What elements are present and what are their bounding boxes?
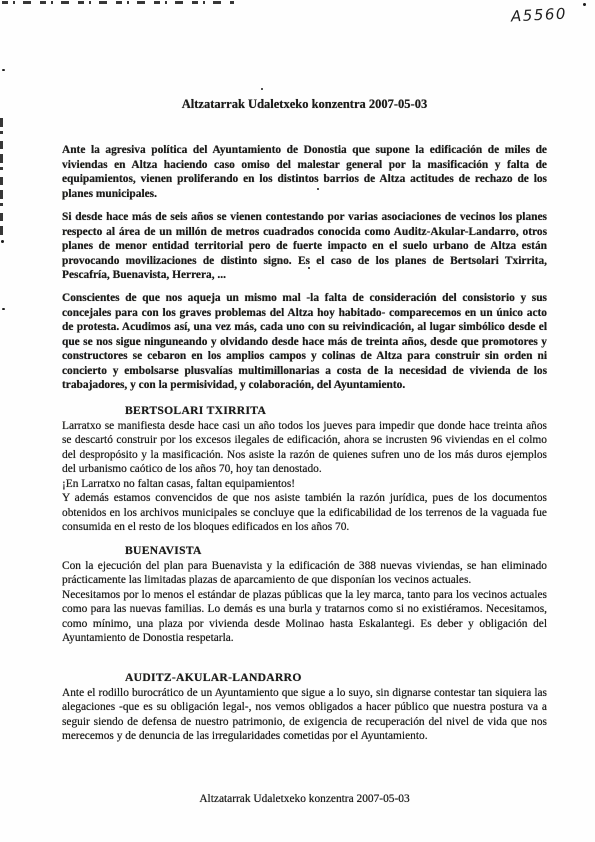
section-paragraph: Ante el rodillo burocrático de un Ayunta… [62, 686, 547, 744]
scan-speck [261, 88, 263, 90]
section-paragraph: Y además estamos convencidos de que nos … [62, 491, 547, 535]
scanned-document-page: A5560 Altzatarrak Udaletxeko konzentra 2… [0, 0, 595, 842]
section-paragraph: Larratxo se manifiesta desde hace casi u… [62, 419, 547, 477]
section-paragraph: ¡En Larratxo no faltan casas, faltan equ… [62, 477, 547, 492]
intro-paragraph: Si desde hace más de seis años se vienen… [62, 210, 547, 283]
intro-paragraph: Ante la agresiva política del Ayuntamien… [62, 143, 547, 201]
scan-speck [583, 3, 586, 6]
section-heading: BUENAVISTA [125, 544, 547, 559]
scan-speck [1, 240, 4, 243]
scan-noise-left-edge [0, 118, 3, 236]
section-buenavista: BUENAVISTA Con la ejecución del plan par… [62, 544, 547, 646]
section-heading: BERTSOLARI TXIRRITA [125, 404, 547, 419]
scan-noise-top-edge [2, 1, 234, 4]
scan-speck [2, 69, 5, 71]
section-bertsolari-txirrita: BERTSOLARI TXIRRITA Larratxo se manifies… [62, 404, 547, 535]
section-paragraph: Necesitamos por lo menos el estándar de … [62, 588, 547, 646]
section-heading: AUDITZ-AKULAR-LANDARRO [125, 671, 547, 686]
scan-speck [2, 308, 5, 310]
handwritten-archive-number: A5560 [511, 5, 568, 26]
section-paragraph: Con la ejecución del plan para Buenavist… [62, 559, 547, 588]
document-title: Altzatarrak Udaletxeko konzentra 2007-05… [62, 97, 547, 112]
section-auditz-akular-landarro: AUDITZ-AKULAR-LANDARRO Ante el rodillo b… [62, 671, 547, 744]
intro-paragraph: Conscientes de que nos aqueja un mismo m… [62, 291, 547, 393]
document-footer: Altzatarrak Udaletxeko konzentra 2007-05… [62, 792, 547, 807]
